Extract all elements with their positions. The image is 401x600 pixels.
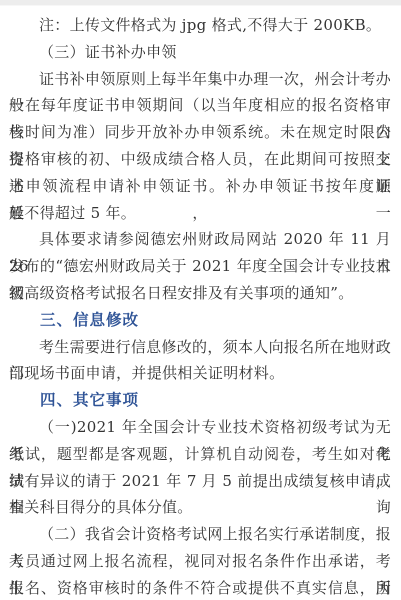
section-heading-info-change: 三、信息修改 <box>9 307 391 334</box>
doc-line: 报名、资格审核时的条件不符合或提供不真实信息，所造成 <box>9 575 391 600</box>
doc-line: 具体要求请参阅德宏州财政局网站 2020 年 11 月 26 日 <box>9 226 391 253</box>
doc-line: 般在每年度证书申领期间（以当年度相应的报名资格审核公 <box>9 92 391 119</box>
doc-line: 发布的“德宏州财政局关于 2021 年度全国会计专业技术初 <box>9 253 391 280</box>
doc-line: 门现场书面申请，并提供相关证明材料。 <box>9 360 391 387</box>
doc-line: 告时间为准）同步开放补办申领系统。未在规定时限内提交 <box>9 119 391 146</box>
doc-line-note: 注：上传文件格式为 jpg 格式,不得大于 200KB。 <box>9 12 391 39</box>
doc-line: 书申领流程申请补申领证书。补办申领证书按年度顺延，一 <box>9 173 391 200</box>
doc-line: 证书补申领原则上每半年集中办理一次，州会计考办一 <box>9 66 391 93</box>
doc-line: 考生需要进行信息修改的，须本人向报名所在地财政部 <box>9 334 391 361</box>
doc-line: （二）我省会计资格考试网上报名实行承诺制度，报考 <box>9 521 391 548</box>
doc-line: 级高级资格考试报名日程安排及有关事项的通知”。 <box>9 280 391 307</box>
section-heading-other-items: 四、其它事项 <box>9 387 391 414</box>
doc-line: （一)2021 年全国会计专业技术资格初级考试为无纸化 <box>9 414 391 441</box>
document-body: 注：上传文件格式为 jpg 格式,不得大于 200KB。 （三）证书补办申领 证… <box>0 6 401 600</box>
doc-line: 人员通过网上报名流程，视同对报名条件作出承诺，考生因 <box>9 548 391 575</box>
doc-line: 考试，题型都是客观题，计算机自动阅卷，考生如对考试成 <box>9 441 391 468</box>
doc-line: 绩有异议的请于 2021 年 7 月 5 前提出成绩复核申请，查询 <box>9 468 391 495</box>
doc-line-subsection-3: （三）证书补办申领 <box>9 39 391 66</box>
doc-line: 资格审核的初、中级成绩合格人员，在此期间可按照上述证 <box>9 146 391 173</box>
